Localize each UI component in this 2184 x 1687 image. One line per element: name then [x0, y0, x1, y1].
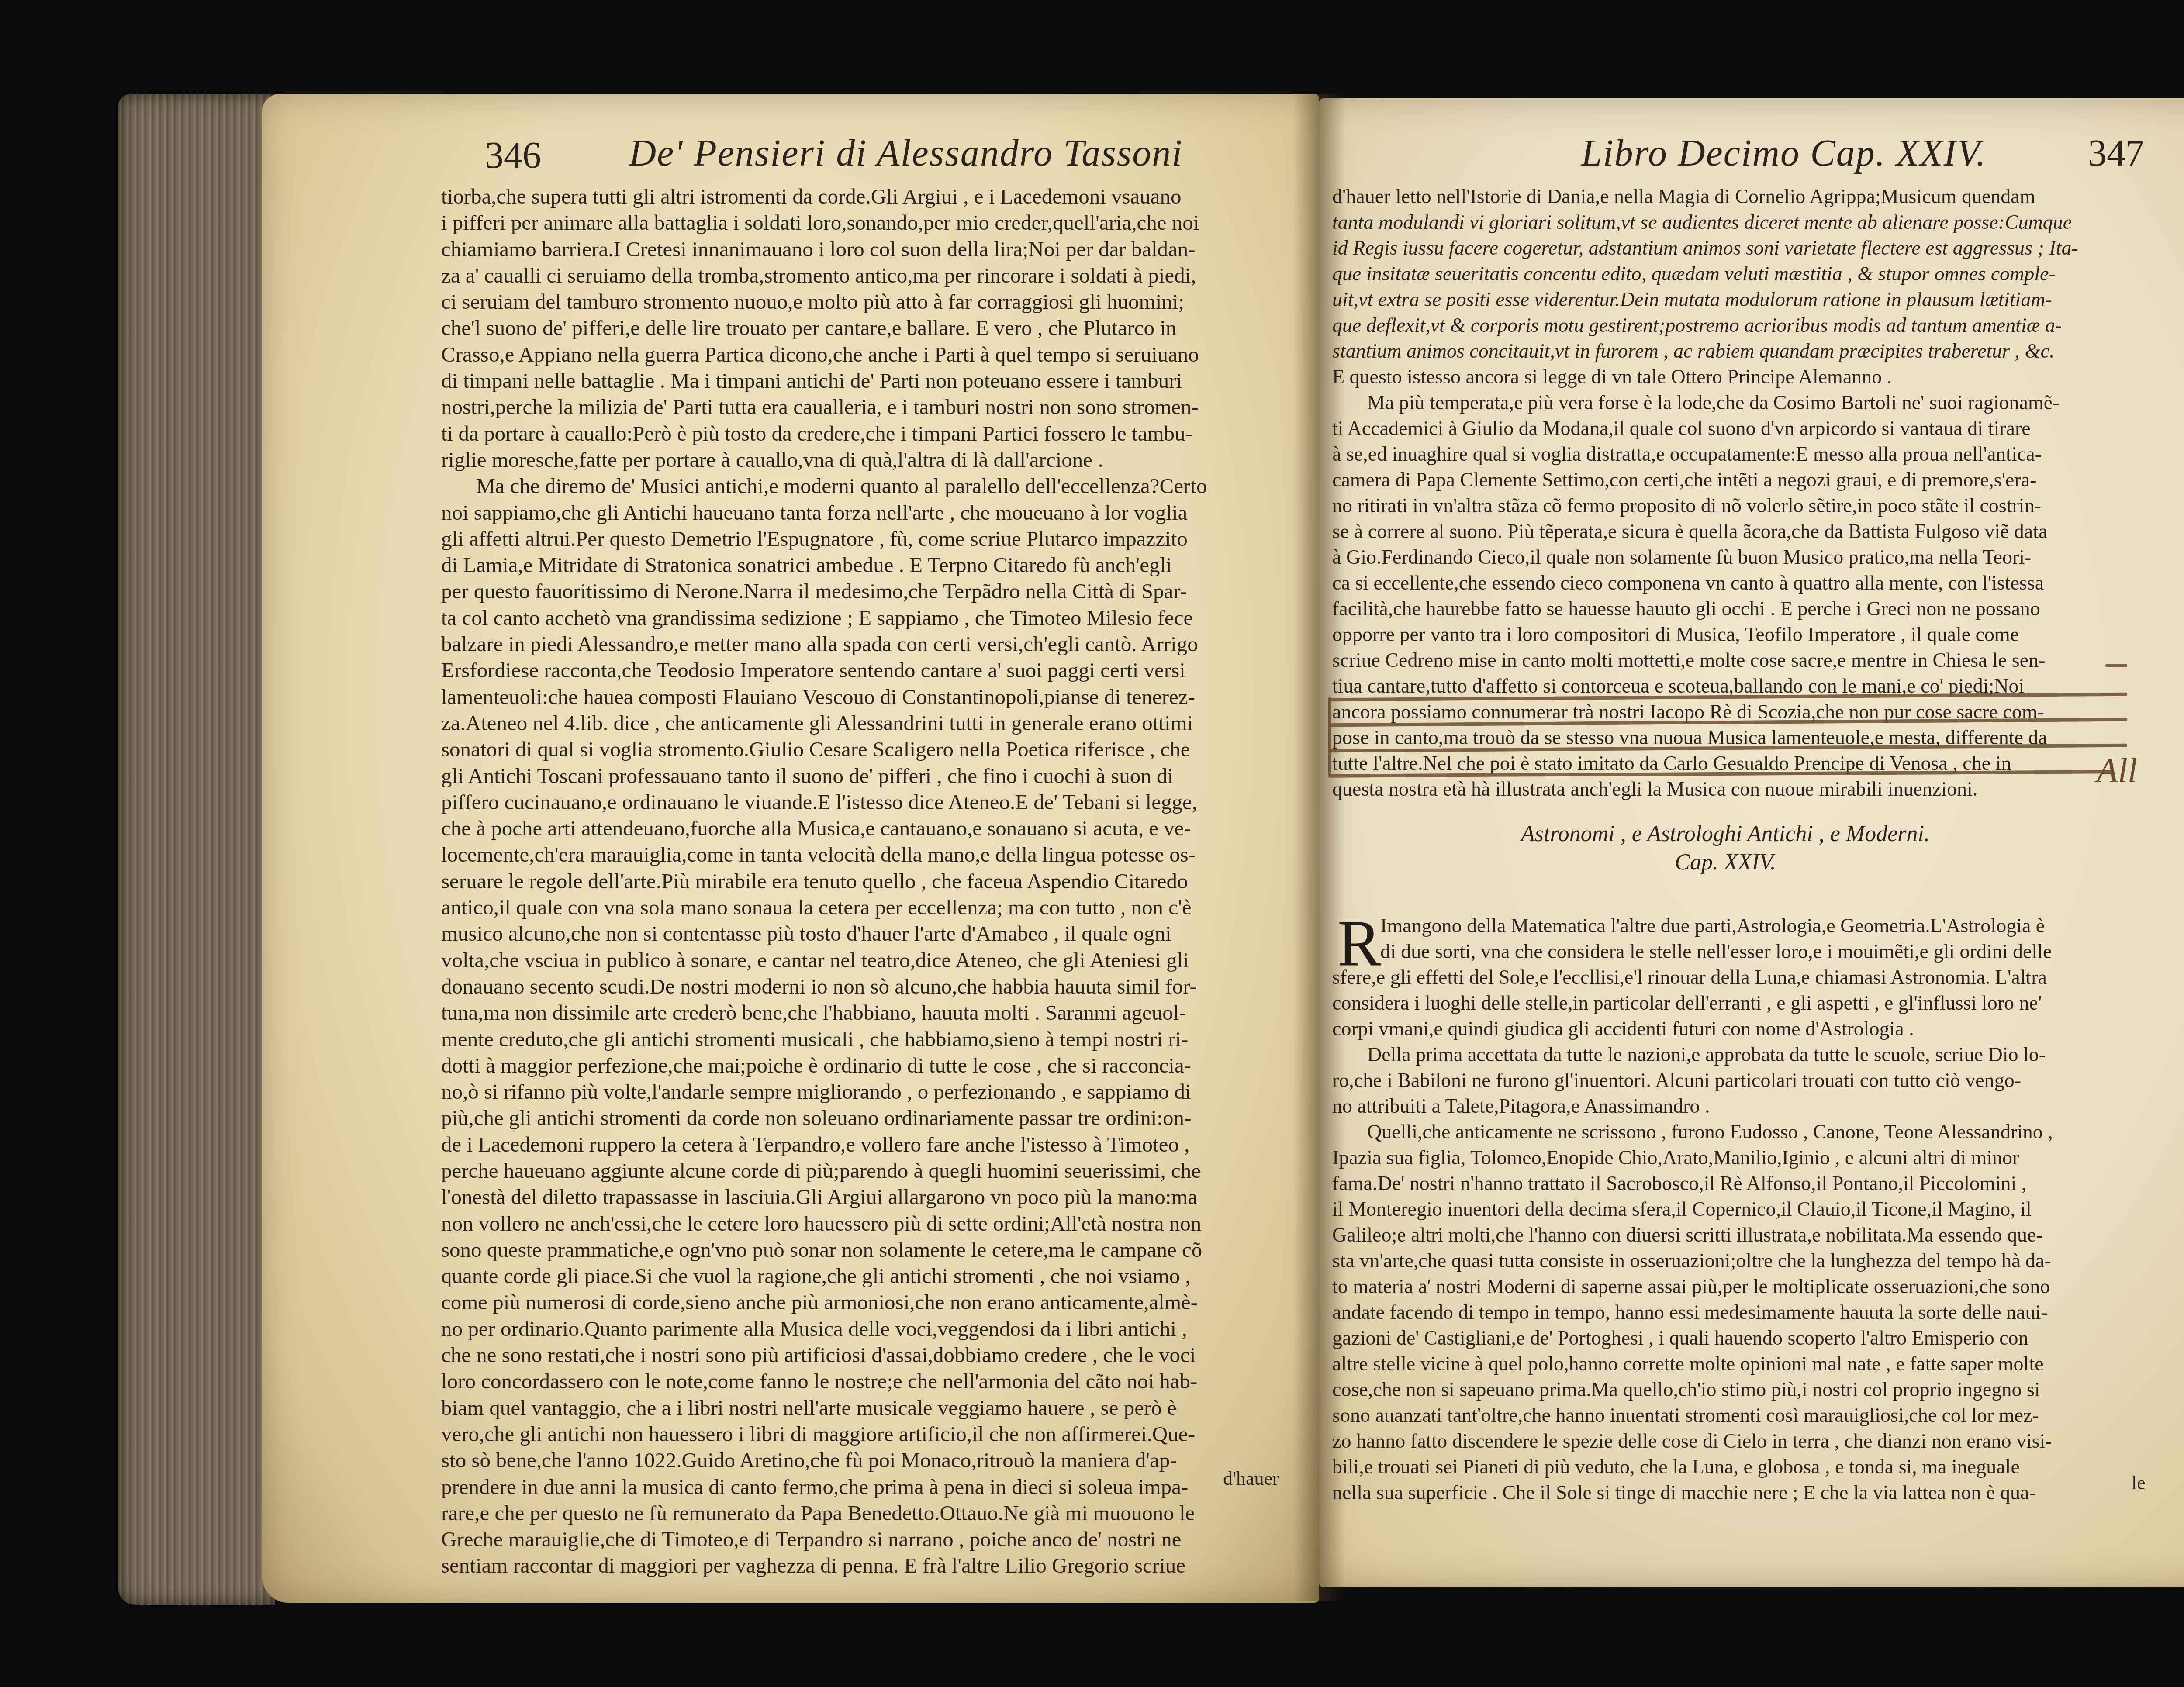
text-line: noi sappiamo,che gli Antichi haueuano ta…: [441, 500, 1297, 526]
text-line: Ersfordiese racconta,che Teodosio Impera…: [441, 657, 1297, 683]
text-line: stantium animos concitauit,vt in furorem…: [1332, 338, 2136, 364]
text-line: no ritirati in vn'altra stãza cõ fermo p…: [1332, 493, 2136, 518]
text-line: piffero cucinauano,e ordinauano le viuan…: [441, 789, 1297, 815]
right-page-body-bottom: Imangono della Matematica l'altre due pa…: [1332, 913, 2136, 1505]
text-line: camera di Papa Clemente Settimo,con cert…: [1332, 467, 2136, 493]
text-line: dotti à maggior perfezione,che mai;poich…: [441, 1052, 1297, 1079]
text-line: loro concordassero con le note,come fann…: [441, 1368, 1297, 1394]
marginal-mark: All: [2097, 751, 2137, 791]
text-line: to materia a' nostri Moderni di saperne …: [1332, 1273, 2136, 1299]
text-line: Galileo;e altri molti,che l'hanno con di…: [1332, 1222, 2136, 1248]
text-line: cose,che non si sapeuano prima.Ma quello…: [1332, 1377, 2136, 1402]
text-line: altre stelle vicine à quel polo,hanno co…: [1332, 1351, 2136, 1377]
text-line: ti da portare à cauallo:Però è più tosto…: [441, 421, 1297, 447]
text-line: zo hanno fatto discendere le spezie dell…: [1332, 1428, 2136, 1454]
left-page-body: tiorba,che supera tutti gli altri istrom…: [441, 183, 1297, 1579]
left-catchword: d'hauer: [1223, 1467, 1279, 1490]
text-line: tanta modulandi vi gloriari solitum,vt s…: [1332, 209, 2136, 235]
text-line: Imangono della Matematica l'altre due pa…: [1332, 913, 2136, 938]
text-line: donauano secento scudi.De nostri moderni…: [441, 973, 1297, 1000]
right-catchword: le: [2132, 1472, 2146, 1494]
right-running-head: Libro Decimo Cap. XXIV.: [1581, 131, 1986, 175]
text-line: lamenteuoli:che hauea composti Flauiano …: [441, 684, 1297, 710]
text-line: balzare in piedi Alessandro,e metter man…: [441, 631, 1297, 657]
text-line: biam quel vantaggio, che a i libri nostr…: [441, 1395, 1297, 1421]
text-line: sfere,e gli effetti del Sole,e l'eccllis…: [1332, 964, 2136, 990]
text-line: Crasso,e Appiano nella guerra Partica di…: [441, 342, 1297, 368]
book-fore-edge-left: [118, 94, 275, 1605]
text-line: di timpani nelle battaglie . Ma i timpan…: [441, 368, 1297, 394]
text-line: andate facendo di tempo in tempo, hanno …: [1332, 1299, 2136, 1325]
text-line: tiorba,che supera tutti gli altri istrom…: [441, 183, 1297, 210]
text-line: seruare le regole dell'arte.Più mirabile…: [441, 868, 1297, 894]
left-page-number: 346: [485, 133, 541, 177]
right-page-number: 347: [2088, 131, 2144, 175]
text-line: più,che gli antichi stromenti da corde n…: [441, 1105, 1297, 1131]
text-line: Greche marauiglie,che di Timoteo,e di Te…: [441, 1526, 1297, 1552]
text-line: corpi vmani,e quindi giudica gli acciden…: [1332, 1016, 2136, 1042]
text-line: di Lamia,e Mitridate di Stratonica sonat…: [441, 552, 1297, 578]
text-line: Della prima accettata da tutte le nazion…: [1332, 1042, 2136, 1067]
text-line: ci seruiam del tamburo stromento nuouo,e…: [441, 289, 1297, 315]
text-line: que insitatæ seueritatis concentu edito,…: [1332, 261, 2136, 286]
text-line: locemente,ch'era marauiglia,come in tant…: [441, 842, 1297, 868]
text-line: questa nostra età hà illustrata anch'egl…: [1332, 776, 2136, 802]
ink-underline: [2105, 664, 2127, 667]
text-line: scriue Cedreno mise in canto molti motte…: [1332, 647, 2136, 673]
text-line: Quelli,che anticamente ne scrissono , fu…: [1332, 1119, 2136, 1145]
text-line: perche haueuano aggiunte alcune corde di…: [441, 1158, 1297, 1184]
text-line: d'hauer letto nell'Istorie di Dania,e ne…: [1332, 183, 2136, 209]
text-line: quante corde gli piace.Si che vuol la ra…: [441, 1263, 1297, 1289]
text-line: il Monteregio inuentori della decima sfe…: [1332, 1196, 2136, 1222]
text-line: uit,vt extra se positi esse viderentur.D…: [1332, 286, 2136, 312]
text-line: id Regis iussu facere cogeretur, adstant…: [1332, 235, 2136, 261]
text-line: bili,e trouati sei Pianeti di più veduto…: [1332, 1454, 2136, 1480]
text-line: no attribuiti a Talete,Pitagora,e Anassi…: [1332, 1093, 2136, 1119]
text-line: antico,il quale con vna sola mano sonaua…: [441, 894, 1297, 921]
text-line: sono queste prammatiche,e ogn'vno può so…: [441, 1237, 1297, 1263]
text-line: i pifferi per animare alla battaglia i s…: [441, 210, 1297, 236]
text-line: sentiam raccontar di maggiori per vaghez…: [441, 1552, 1297, 1579]
text-line: Ma che diremo de' Musici antichi,e moder…: [441, 473, 1297, 499]
text-line: che'l suono de' pifferi,e delle lire tro…: [441, 315, 1297, 341]
text-line: chiamiamo barriera.I Cretesi innanimauan…: [441, 236, 1297, 262]
text-line: opporre per vanto tra i loro compositori…: [1332, 621, 2136, 647]
text-line: non vollero ne anch'essi,che le cetere l…: [441, 1211, 1297, 1237]
text-line: nostri,perche la milizia de' Parti tutta…: [441, 394, 1297, 420]
text-line: l'onestà del diletto trapassasse in lasc…: [441, 1184, 1297, 1210]
text-line: fama.De' nostri n'hanno trattato il Sacr…: [1332, 1170, 2136, 1196]
text-line: facilità,che haurebbe fatto se hauesse h…: [1332, 596, 2136, 621]
text-line: gazioni de' Castigliani,e de' Portoghesi…: [1332, 1325, 2136, 1351]
text-line: à se,ed inuaghire qual si voglia distrat…: [1332, 441, 2136, 467]
text-line: sto sò bene,che l'anno 1022.Guido Aretin…: [441, 1447, 1297, 1473]
text-line: riglie moresche,fatte per portare à caua…: [441, 447, 1297, 473]
text-line: nella sua superficie . Che il Sole si ti…: [1332, 1480, 2136, 1505]
text-line: mente creduto,che gli antichi stromenti …: [441, 1026, 1297, 1052]
chapter-number: Cap. XXIV.: [1376, 849, 2075, 875]
text-line: tuna,ma non dissimile arte crederò bene,…: [441, 1000, 1297, 1026]
text-line: sono auanzati tant'oltre,che hanno inuen…: [1332, 1402, 2136, 1428]
text-line: sta vn'arte,che quasi tutta consiste in …: [1332, 1248, 2136, 1273]
right-page-body-top: d'hauer letto nell'Istorie di Dania,e ne…: [1332, 183, 2136, 802]
text-line: gli affetti altrui.Per questo Demetrio l…: [441, 526, 1297, 552]
text-line: che à poche arti attendeuano,fuorche all…: [441, 815, 1297, 842]
text-line: se à correre al suono. Più tẽperata,e si…: [1332, 518, 2136, 544]
text-line: ti Accademici à Giulio da Modana,il qual…: [1332, 415, 2136, 441]
text-line: de i Lacedemoni ruppero la cetera à Terp…: [441, 1132, 1297, 1158]
text-line: come più numerosi di corde,sieno anche p…: [441, 1289, 1297, 1315]
text-line: que deflexit,vt & corporis motu gestiren…: [1332, 312, 2136, 338]
text-line: per questo fauoritissimo di Nerone.Narra…: [441, 578, 1297, 604]
text-line: E questo istesso ancora si legge di vn t…: [1332, 364, 2136, 390]
text-line: musico alcuno,che non si contentasse più…: [441, 921, 1297, 947]
text-line: prendere in due anni la musica di canto …: [441, 1474, 1297, 1500]
text-line: Ipazia sua figlia, Tolomeo,Enopide Chio,…: [1332, 1145, 2136, 1170]
text-line: ca si eccellente,che essendo cieco compo…: [1332, 570, 2136, 596]
text-line: Ma più temperata,e più vera forse è la l…: [1332, 390, 2136, 415]
text-line: ro,che i Babiloni ne furono gl'inuentori…: [1332, 1067, 2136, 1093]
text-line: ta col canto acchetò vna grandissima sed…: [441, 605, 1297, 631]
text-line: rare,e che per questo ne fù remunerato d…: [441, 1500, 1297, 1526]
text-line: considera i luoghi delle stelle,in parti…: [1332, 990, 2136, 1016]
left-running-head: De' Pensieri di Alessandro Tassoni: [629, 131, 1183, 175]
chapter-title: Astronomi , e Astrologhi Antichi , e Mod…: [1376, 821, 2075, 847]
text-line: za a' caualli ci seruiamo della tromba,s…: [441, 262, 1297, 289]
text-line: sonatori di qual si voglia stromento.Giu…: [441, 736, 1297, 762]
text-line: no per ordinario.Quanto parimente alla M…: [441, 1316, 1297, 1342]
text-line: gli Antichi Toscani professauano tanto i…: [441, 763, 1297, 789]
text-line: che ne sono restati,che i nostri sono pi…: [441, 1342, 1297, 1368]
text-line: za.Ateneo nel 4.lib. dice , che anticame…: [441, 710, 1297, 736]
text-line: à Gio.Ferdinando Cieco,il quale non sola…: [1332, 544, 2136, 570]
ink-bracket: [1328, 697, 1331, 775]
text-line: volta,che vsciua in publico à sonare, e …: [441, 947, 1297, 973]
text-line: di due sorti, vna che considera le stell…: [1332, 938, 2136, 964]
text-line: no,ò si rifanno più volte,l'andarle semp…: [441, 1079, 1297, 1105]
text-line: vero,che gli antichi non hauessero i lib…: [441, 1421, 1297, 1447]
